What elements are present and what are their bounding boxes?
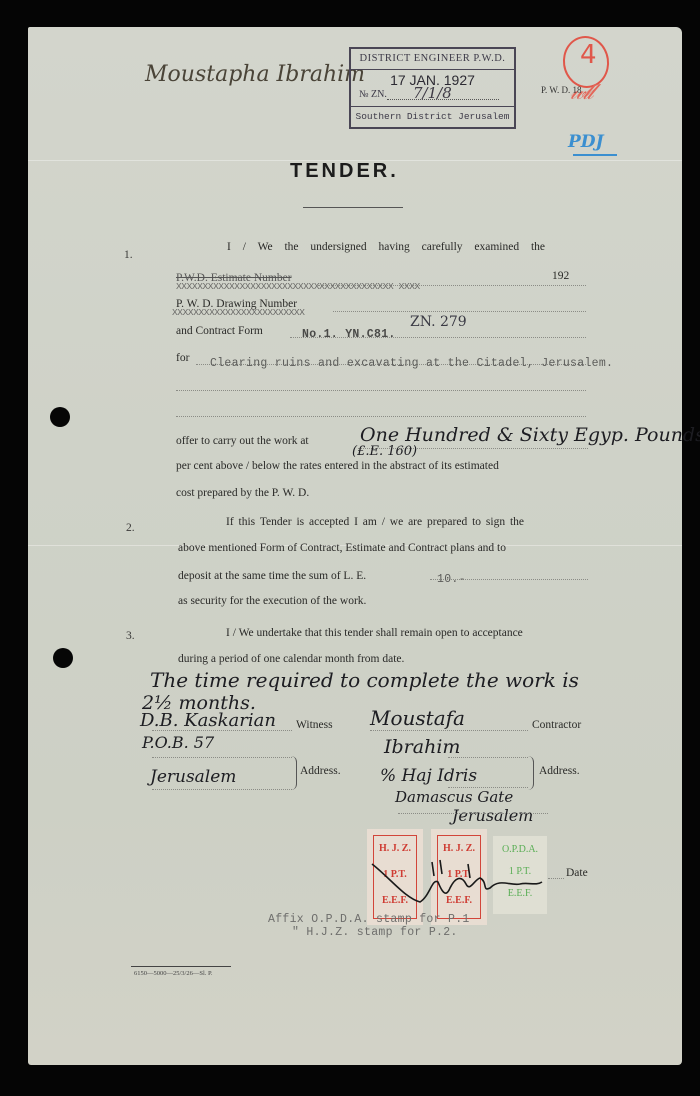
- title-rule: [303, 207, 403, 208]
- handwritten-completion-note-line-1: The time required to complete the work i…: [150, 668, 579, 692]
- handwritten-name-header: Moustapha Ibrahim: [145, 62, 365, 87]
- section-3-line-1: I / We undertake that this tender shall …: [226, 627, 523, 639]
- contract-form-typed: No.1. YN.C81.: [302, 328, 396, 341]
- printer-footer: 6150—5000—25/3/26—Sl. P.: [134, 970, 213, 977]
- estimate-year: 192: [552, 270, 569, 282]
- witness-address-dotted-line: [152, 757, 292, 758]
- contractor-signature-line-2: Ibrahim: [384, 736, 460, 758]
- deposit-amount: 10.-: [437, 573, 466, 586]
- drawing-dotted-line: [333, 311, 586, 312]
- contractor-address-label: Address.: [539, 765, 580, 777]
- section-2-line-3: deposit at the same time the sum of L. E…: [178, 570, 366, 582]
- contractor-address-dotted-line: [448, 757, 528, 758]
- section-2-line-2: above mentioned Form of Contract, Estima…: [178, 542, 506, 554]
- section-3-number: 3.: [126, 630, 135, 642]
- document-title: TENDER.: [290, 160, 399, 183]
- stamp-instruction-line-2: " H.J.Z. stamp for P.2.: [292, 926, 458, 939]
- offer-label: offer to carry out the work at: [176, 435, 309, 447]
- rates-line: per cent above / below the rates entered…: [176, 460, 499, 472]
- blue-underline: [573, 154, 617, 156]
- contractor-label: Contractor: [532, 719, 581, 731]
- stamp-number-value: 7/1/8: [413, 84, 452, 102]
- red-number-mark: 4: [580, 40, 597, 70]
- stamp-district: Southern District Jerusalem: [351, 107, 514, 127]
- contractor-address-line-3: Jerusalem: [452, 806, 533, 825]
- stamp-office: DISTRICT ENGINEER P.W.D.: [351, 49, 514, 70]
- contractor-address-dotted-line: [398, 813, 548, 814]
- witness-address-dotted-line: [152, 789, 292, 790]
- estimate-strikeout-xs: XXXXXXXXXXXXXXXXXXXXXXXXXXXXXXXXXXXXXXXX…: [176, 281, 420, 292]
- contractor-address-line-2: Damascus Gate: [395, 788, 513, 806]
- blank-dotted-line: [176, 416, 586, 417]
- work-description: Clearing ruins and excavating at the Cit…: [210, 357, 613, 370]
- contract-form-label: and Contract Form: [176, 325, 263, 337]
- stamp-number-label: № ZN.: [359, 89, 387, 100]
- punch-hole: [50, 407, 70, 427]
- footer-rule: [131, 966, 231, 967]
- section-3-line-2: during a period of one calendar month fr…: [178, 653, 404, 665]
- stamp-cancellation-scribble: [370, 858, 550, 906]
- offer-amount-words: One Hundred & Sixty Egyp. Pounds: [360, 424, 700, 446]
- blue-initials: PDJ: [568, 132, 604, 152]
- offer-amount-figures: (£.E. 160): [352, 444, 417, 459]
- contractor-dotted-line: [370, 730, 528, 731]
- section-1-intro: I / We the undersigned having carefully …: [227, 241, 545, 253]
- witness-address-brace: [290, 756, 297, 790]
- for-label: for: [176, 352, 189, 364]
- witness-address-label: Address.: [300, 765, 341, 777]
- witness-address-line-1: P.O.B. 57: [142, 733, 214, 752]
- section-1-number: 1.: [124, 249, 133, 261]
- stamp-instruction-line-1: Affix O.P.D.A. stamp for P.1: [268, 913, 470, 926]
- contractor-address-line-1: % Haj Idris: [380, 766, 477, 786]
- date-dotted-line: [548, 878, 564, 879]
- contractor-address-brace: [527, 756, 534, 790]
- punch-hole: [53, 648, 73, 668]
- section-2-number: 2.: [126, 522, 135, 534]
- witness-address-line-2: Jerusalem: [150, 767, 236, 787]
- contractor-signature-line-1: Moustafa: [370, 706, 465, 730]
- date-label: Date: [566, 867, 588, 879]
- contract-form-handwritten: ZN. 279: [410, 314, 467, 330]
- cost-line: cost prepared by the P. W. D.: [176, 487, 309, 499]
- section-2-line-4: as security for the execution of the wor…: [178, 595, 366, 607]
- received-stamp: DISTRICT ENGINEER P.W.D. 17 JAN. 1927 № …: [349, 47, 516, 129]
- blank-dotted-line: [176, 390, 586, 391]
- section-2-line-1: If this Tender is accepted I am / we are…: [226, 516, 524, 528]
- witness-signature: D.B. Kaskarian: [140, 710, 276, 731]
- drawing-strikeout-xs: XXXXXXXXXXXXXXXXXXXXXXXXX: [172, 307, 305, 318]
- witness-label: Witness: [296, 719, 333, 731]
- form-code: P. W. D. 18: [541, 85, 582, 95]
